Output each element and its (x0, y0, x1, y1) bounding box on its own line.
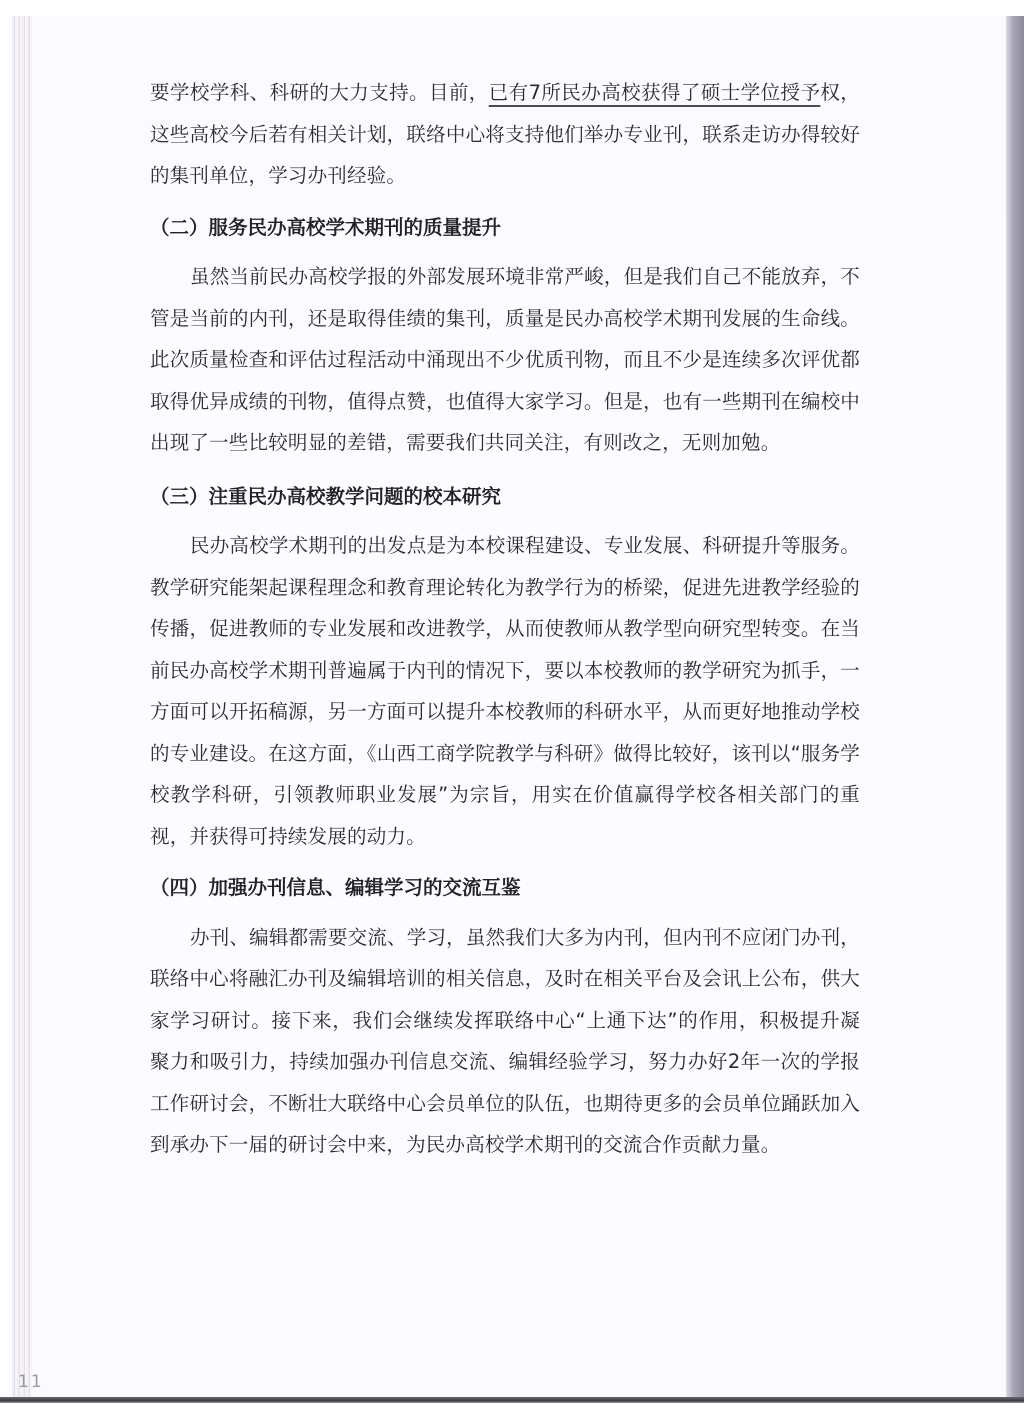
section-body-4: 办刊、编辑都需要交流、学习，虽然我们大多为内刊，但内刊不应闭门办刊，联络中心将融… (150, 917, 860, 1166)
intro-text-start: 要学校学科、科研的大力支持。目前， (150, 81, 489, 104)
section-heading-4: （四）加强办刊信息、编辑学习的交流互鉴 (150, 867, 860, 909)
section-heading-3: （三）注重民办高校教学问题的校本研究 (150, 476, 860, 518)
binding-shadow-right (1006, 16, 1024, 1398)
page-number: 11 (18, 1372, 44, 1392)
section-body-2: 虽然当前民办高校学报的外部发展环境非常严峻，但是我们自己不能放弃，不管是当前的内… (150, 256, 860, 464)
document-body: 要学校学科、科研的大力支持。目前，已有7所民办高校获得了硕士学位授予权，这些高校… (150, 72, 860, 1166)
scanned-page: 要学校学科、科研的大力支持。目前，已有7所民办高校获得了硕士学位授予权，这些高校… (0, 0, 1024, 1420)
section-heading-2: （二）服务民办高校学术期刊的质量提升 (150, 207, 860, 249)
page-stack-edge-left (12, 16, 32, 1398)
handwritten-underline-text: 已有7所民办高校获得了硕士学位授予 (489, 81, 821, 104)
intro-paragraph: 要学校学科、科研的大力支持。目前，已有7所民办高校获得了硕士学位授予权，这些高校… (150, 72, 860, 197)
section-body-3: 民办高校学术期刊的出发点是为本校课程建设、专业发展、科研提升等服务。教学研究能架… (150, 525, 860, 857)
scanner-edge-bottom (0, 1397, 1024, 1403)
